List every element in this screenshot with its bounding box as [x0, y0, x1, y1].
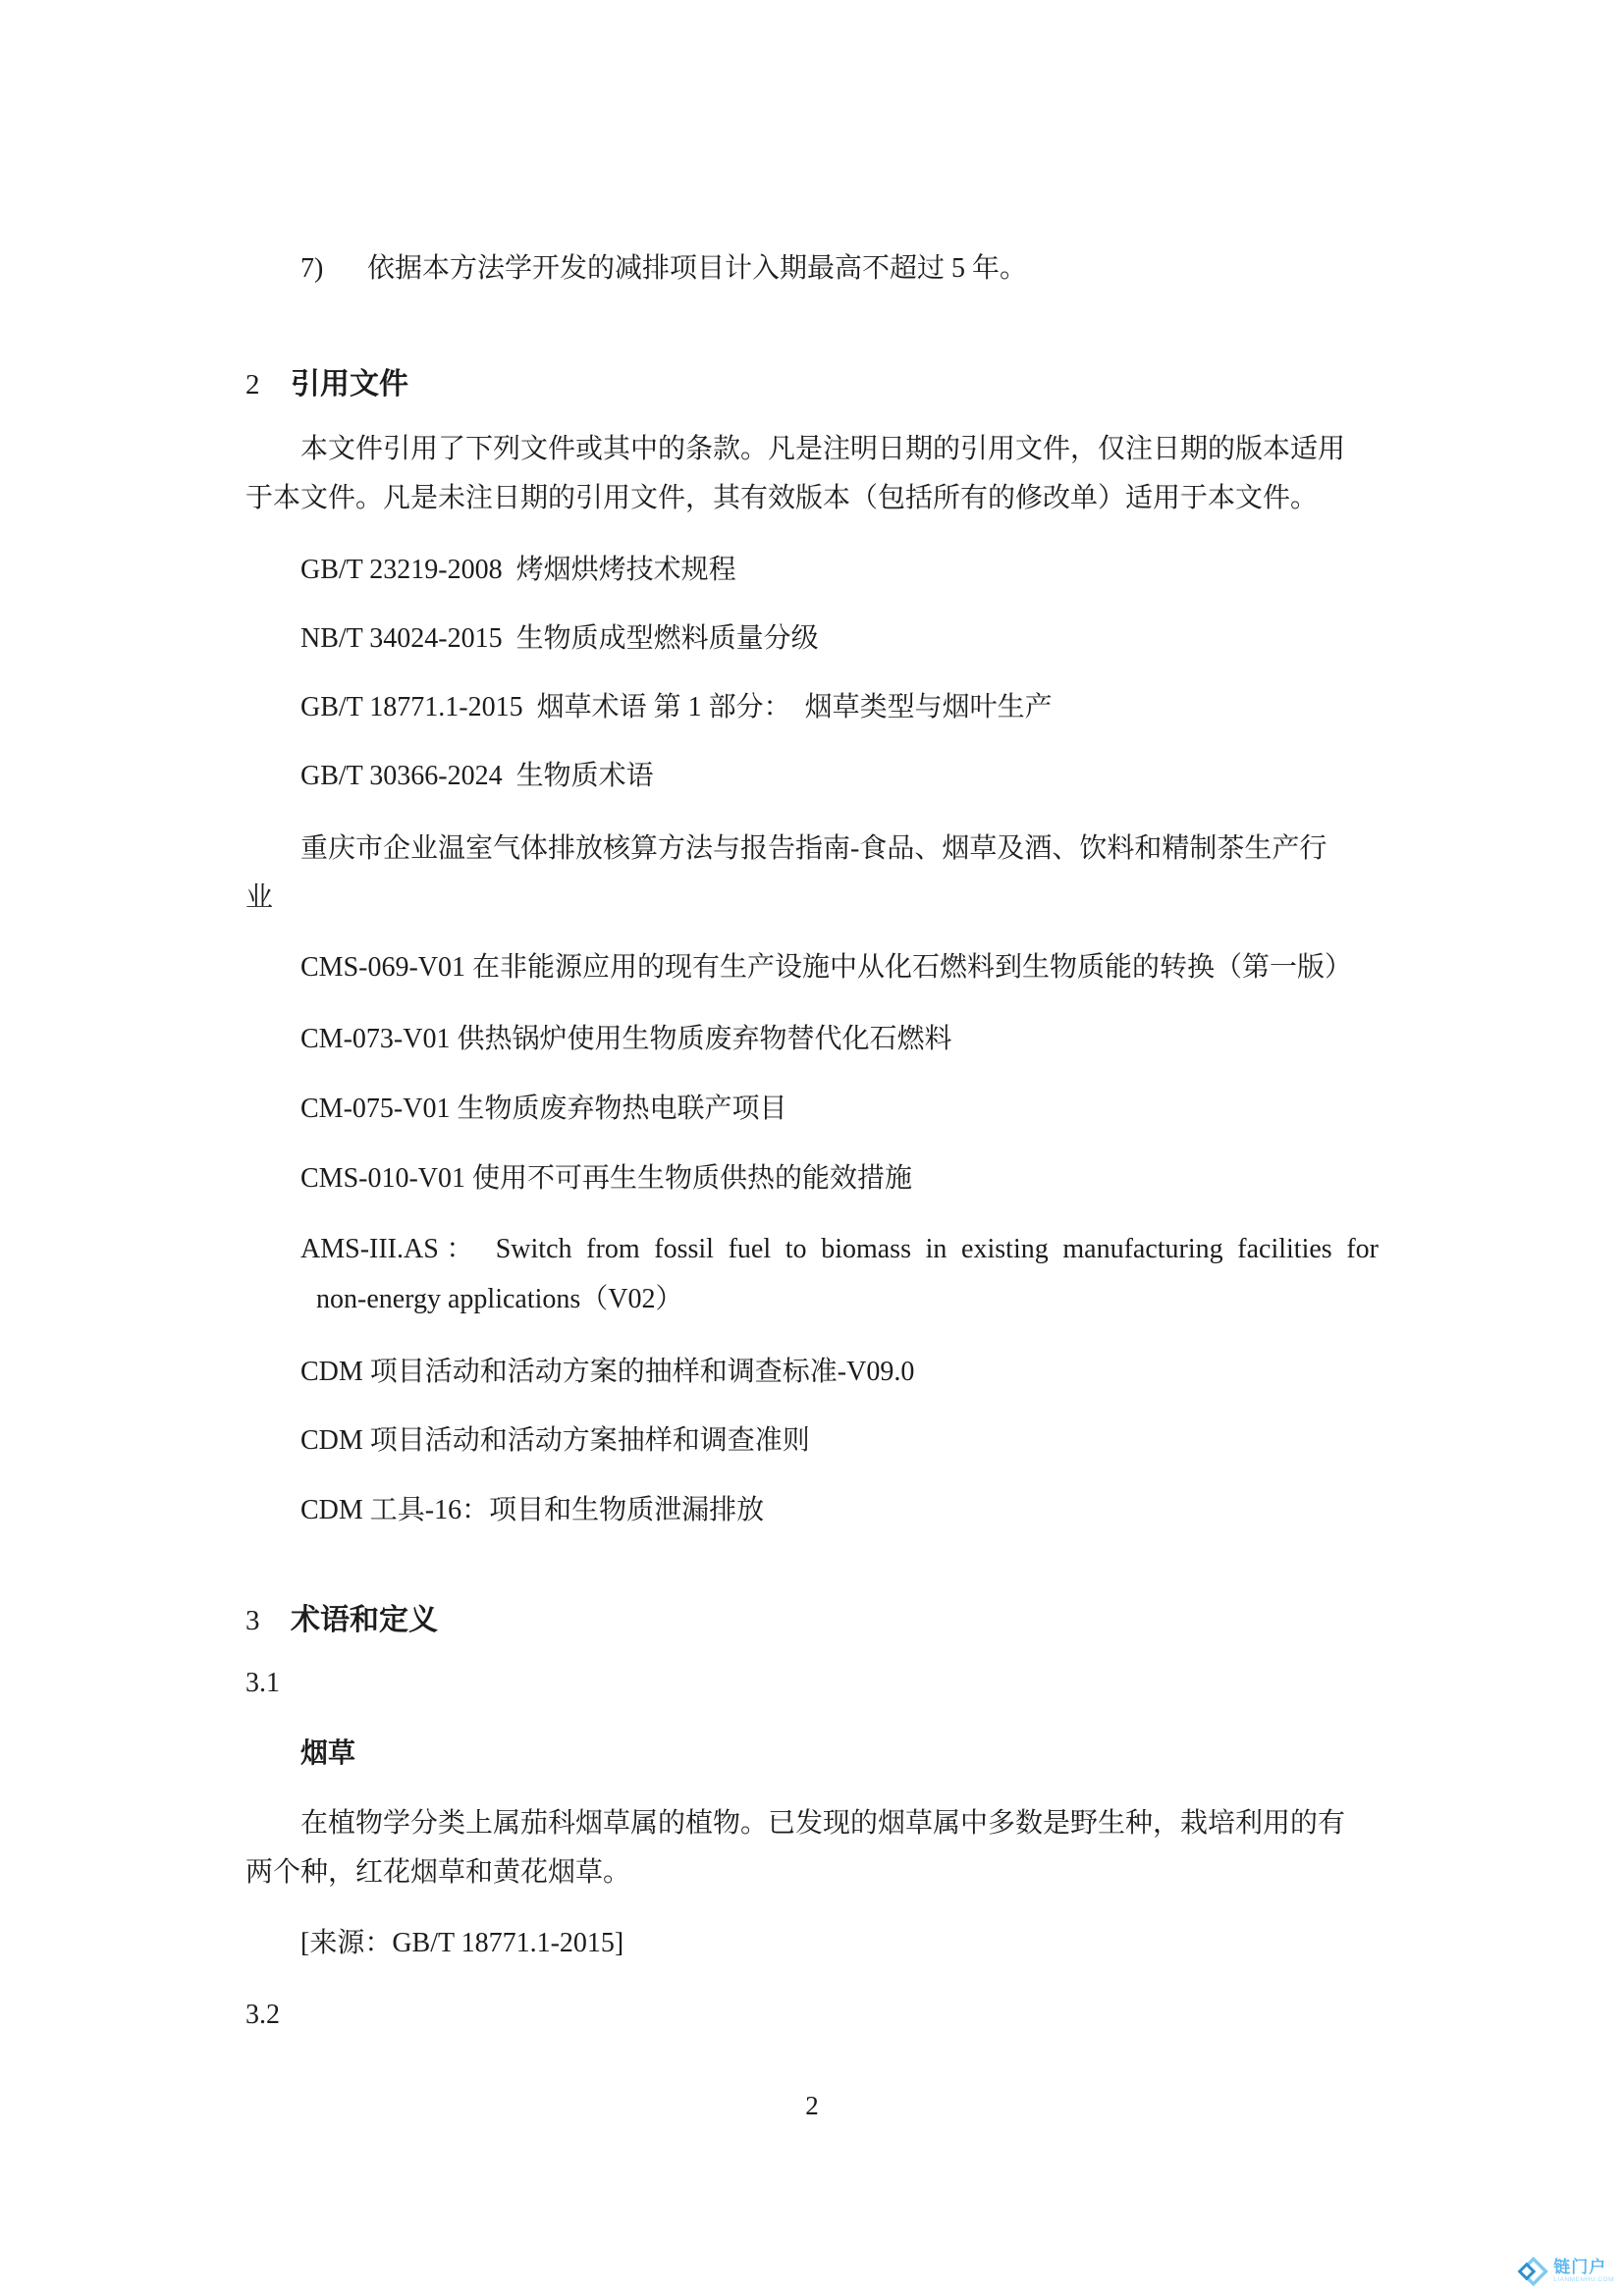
intro-paragraph-line-2: 于本文件。凡是未注日期的引用文件，其有效版本（包括所有的修改单）适用于本文件。	[245, 481, 1318, 515]
diamond-logo-icon	[1515, 2255, 1548, 2288]
definition-line-2: 两个种，红花烟草和黄花烟草。	[245, 1855, 630, 1890]
intro-paragraph-line-1: 本文件引用了下列文件或其中的条款。凡是注明日期的引用文件，仅注日期的版本适用	[300, 432, 1345, 466]
reference-item: 重庆市企业温室气体排放核算方法与报告指南-食品、烟草及酒、饮料和精制茶生产行	[300, 831, 1326, 866]
term-title: 烟草	[300, 1735, 355, 1770]
section-2-number: 2	[245, 369, 291, 401]
reference-item: CMS-010-V01 使用不可再生生物质供热的能效措施	[300, 1161, 912, 1196]
reference-item: GB/T 30366-2024 生物质术语	[300, 759, 654, 793]
section-2-heading: 2引用文件	[245, 359, 408, 402]
definition-line-1: 在植物学分类上属茄科烟草属的植物。已发现的烟草属中多数是野生种，栽培利用的有	[300, 1806, 1345, 1841]
logo-name-text: 链门户	[1553, 2259, 1614, 2275]
lianmenhu-watermark: 链门户 LIANMENHU.COM	[1515, 2255, 1614, 2288]
section-3-number: 3	[245, 1605, 291, 1637]
reference-item-continuation: 业	[245, 881, 273, 915]
reference-item: CM-075-V01 生物质废弃物热电联产项目	[300, 1092, 786, 1126]
source-note: [来源：GB/T 18771.1-2015]	[300, 1926, 623, 1960]
reference-item: CDM 项目活动和活动方案的抽样和调查标准-V09.0	[300, 1355, 914, 1389]
section-3-heading: 3术语和定义	[245, 1595, 438, 1638]
logo-domain-text: LIANMENHU.COM	[1553, 2277, 1614, 2284]
list-item-7: 7)依据本方法学开发的减排项目计入期最高不超过 5 年。	[300, 251, 1027, 286]
reference-item: CDM 项目活动和活动方案抽样和调查准则	[300, 1423, 810, 1458]
reference-item: GB/T 18771.1-2015 烟草术语 第 1 部分： 烟草类型与烟叶生产	[300, 690, 1053, 724]
reference-item: GB/T 23219-2008 烤烟烘烤技术规程	[300, 553, 736, 587]
list-item-7-text: 依据本方法学开发的减排项目计入期最高不超过 5 年。	[367, 253, 1027, 284]
section-3-title: 术语和定义	[291, 1604, 438, 1636]
reference-item: CM-073-V01 供热锅炉使用生物质废弃物替代化石燃料	[300, 1022, 951, 1056]
clause-number-3-2: 3.2	[245, 1998, 280, 2032]
reference-item: CMS-069-V01 在非能源应用的现有生产设施中从化石燃料到生物质能的转换（…	[300, 950, 1352, 985]
section-2-title: 引用文件	[291, 368, 408, 400]
reference-item: NB/T 34024-2015 生物质成型燃料质量分级	[300, 621, 819, 656]
reference-item: CDM 工具-16：项目和生物质泄漏排放	[300, 1493, 764, 1527]
document-page: 7)依据本方法学开发的减排项目计入期最高不超过 5 年。 2引用文件 本文件引用…	[0, 0, 1624, 2296]
logo-text-block: 链门户 LIANMENHU.COM	[1553, 2259, 1614, 2284]
page-number: 2	[0, 2091, 1624, 2121]
reference-item: AMS-III.AS： Switch from fossil fuel to b…	[300, 1232, 1379, 1266]
list-item-7-number: 7)	[300, 251, 367, 286]
clause-number-3-1: 3.1	[245, 1666, 280, 1700]
reference-item-continuation: non-energy applications（V02）	[316, 1282, 683, 1316]
